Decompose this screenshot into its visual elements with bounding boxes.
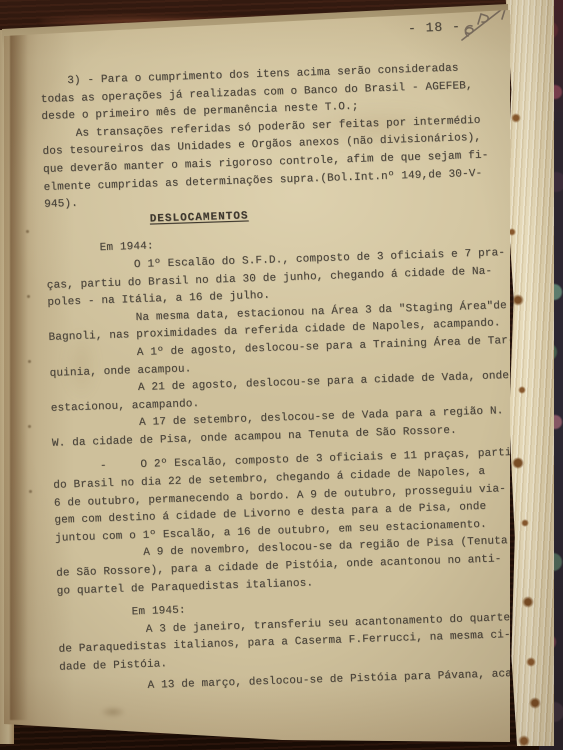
stitch-hole [29,490,32,493]
stitch-hole [28,425,31,428]
stitch-hole [27,295,30,298]
binding-gutter-shadow [10,30,28,720]
pencil-smudge [100,706,126,718]
document-page: - 18 - 3) - Para o cumprimento dos itens… [4,0,510,746]
typed-text-block: 3) - Para o cumprimento dos itens acima … [40,59,530,698]
photo-background: - 18 - 3) - Para o cumprimento dos itens… [0,0,563,750]
stitch-hole [28,360,31,363]
stitch-hole [26,230,29,233]
